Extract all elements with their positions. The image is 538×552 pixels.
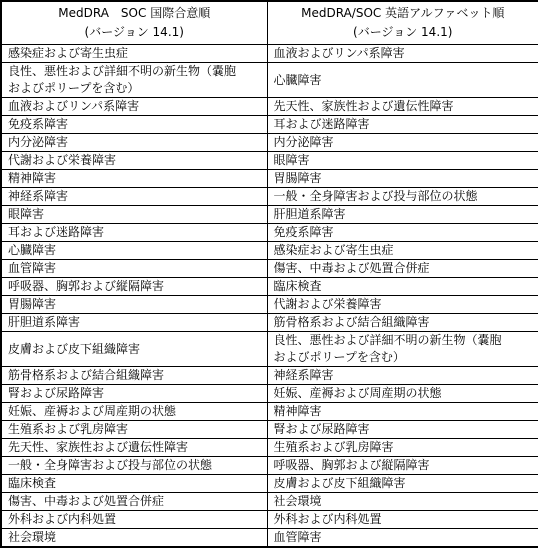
- table-row: 胃腸障害 代謝および栄養障害: [1, 296, 538, 314]
- soc-cell-alpha: 精神障害: [267, 403, 538, 421]
- soc-cell-intl: 胃腸障害: [1, 296, 267, 314]
- soc-cell-intl: 生殖系および乳房障害: [1, 421, 267, 439]
- soc-cell-alpha: 免疫系障害: [267, 224, 538, 242]
- soc-cell-intl: 臨床検査: [1, 475, 267, 493]
- soc-cell-alpha: 腎および尿路障害: [267, 421, 538, 439]
- soc-cell-intl: 先天性、家族性および遺伝性障害: [1, 439, 267, 457]
- soc-cell-alpha: 耳および迷路障害: [267, 116, 538, 134]
- soc-cell-alpha: 筋骨格系および結合組織障害: [267, 314, 538, 332]
- header-alpha-order: MedDRA/SOC 英語アルファベット順 (バージョン 14.1): [267, 1, 538, 45]
- table-row: 呼吸器、胸郭および縦隔障害 臨床検査: [1, 278, 538, 296]
- soc-cell-alpha: 生殖系および乳房障害: [267, 439, 538, 457]
- header-alpha-title: MedDRA/SOC 英語アルファベット順: [270, 4, 537, 23]
- soc-cell-intl: 妊娠、産褥および周産期の状態: [1, 403, 267, 421]
- soc-cell-intl: 代謝および栄養障害: [1, 152, 267, 170]
- header-intl-title: MedDRA SOC 国際合意順: [4, 4, 265, 23]
- soc-cell-alpha: 社会環境: [267, 493, 538, 511]
- table-row: 傷害、中毒および処置合併症 社会環境: [1, 493, 538, 511]
- soc-cell-intl: 社会環境: [1, 529, 267, 548]
- soc-cell-alpha: 代謝および栄養障害: [267, 296, 538, 314]
- soc-cell-alpha: 傷害、中毒および処置合併症: [267, 260, 538, 278]
- soc-cell-alpha: 血液およびリンパ系障害: [267, 45, 538, 63]
- table-row: 外科および内科処置 外科および内科処置: [1, 511, 538, 529]
- table-row: 腎および尿路障害 妊娠、産褥および周産期の状態: [1, 385, 538, 403]
- soc-cell-alpha: 神経系障害: [267, 367, 538, 385]
- soc-cell-alpha: 血管障害: [267, 529, 538, 548]
- soc-cell-alpha: 皮膚および皮下組織障害: [267, 475, 538, 493]
- soc-cell-alpha: 呼吸器、胸郭および縦隔障害: [267, 457, 538, 475]
- table-row: 生殖系および乳房障害 腎および尿路障害: [1, 421, 538, 439]
- soc-cell-alpha: 一般・全身障害および投与部位の状態: [267, 188, 538, 206]
- table-row: 皮膚および皮下組織障害 良性、悪性および詳細不明の新生物（嚢胞 およびポリープを…: [1, 332, 538, 367]
- table-row: 眼障害 肝胆道系障害: [1, 206, 538, 224]
- soc-cell-intl: 血液およびリンパ系障害: [1, 98, 267, 116]
- table-row: 肝胆道系障害 筋骨格系および結合組織障害: [1, 314, 538, 332]
- table-row: 妊娠、産褥および周産期の状態 精神障害: [1, 403, 538, 421]
- soc-cell-intl: 外科および内科処置: [1, 511, 267, 529]
- soc-cell-alpha: 心臓障害: [267, 63, 538, 98]
- soc-cell-alpha: 感染症および寄生虫症: [267, 242, 538, 260]
- table-row: 精神障害 胃腸障害: [1, 170, 538, 188]
- soc-cell-intl: 肝胆道系障害: [1, 314, 267, 332]
- soc-cell-intl: 精神障害: [1, 170, 267, 188]
- table-row: 良性、悪性および詳細不明の新生物（嚢胞 およびポリープを含む） 心臓障害: [1, 63, 538, 98]
- table-row: 免疫系障害 耳および迷路障害: [1, 116, 538, 134]
- soc-cell-intl: 皮膚および皮下組織障害: [1, 332, 267, 367]
- soc-cell-alpha: 妊娠、産褥および周産期の状態: [267, 385, 538, 403]
- table-row: 内分泌障害 内分泌障害: [1, 134, 538, 152]
- soc-cell-intl: 神経系障害: [1, 188, 267, 206]
- soc-cell-alpha: 臨床検査: [267, 278, 538, 296]
- table-row: 血管障害 傷害、中毒および処置合併症: [1, 260, 538, 278]
- soc-cell-intl: 心臓障害: [1, 242, 267, 260]
- soc-cell-intl: 感染症および寄生虫症: [1, 45, 267, 63]
- soc-cell-intl: 呼吸器、胸郭および縦隔障害: [1, 278, 267, 296]
- page: MedDRA SOC 国際合意順 (バージョン 14.1) MedDRA/SOC…: [0, 0, 538, 552]
- soc-cell-intl: 耳および迷路障害: [1, 224, 267, 242]
- table-row: 社会環境 血管障害: [1, 529, 538, 548]
- table-row: 臨床検査 皮膚および皮下組織障害: [1, 475, 538, 493]
- header-intl-order: MedDRA SOC 国際合意順 (バージョン 14.1): [1, 1, 267, 45]
- soc-cell-intl: 腎および尿路障害: [1, 385, 267, 403]
- table-row: 血液およびリンパ系障害 先天性、家族性および遺伝性障害: [1, 98, 538, 116]
- header-row: MedDRA SOC 国際合意順 (バージョン 14.1) MedDRA/SOC…: [1, 1, 538, 45]
- soc-cell-alpha: 外科および内科処置: [267, 511, 538, 529]
- soc-cell-intl: 免疫系障害: [1, 116, 267, 134]
- soc-cell-alpha: 胃腸障害: [267, 170, 538, 188]
- table-row: 一般・全身障害および投与部位の状態 呼吸器、胸郭および縦隔障害: [1, 457, 538, 475]
- header-alpha-version: (バージョン 14.1): [270, 23, 537, 42]
- soc-cell-alpha: 眼障害: [267, 152, 538, 170]
- table-row: 代謝および栄養障害 眼障害: [1, 152, 538, 170]
- soc-cell-intl: 良性、悪性および詳細不明の新生物（嚢胞 およびポリープを含む）: [1, 63, 267, 98]
- soc-cell-alpha: 先天性、家族性および遺伝性障害: [267, 98, 538, 116]
- soc-cell-intl: 筋骨格系および結合組織障害: [1, 367, 267, 385]
- table-row: 感染症および寄生虫症 血液およびリンパ系障害: [1, 45, 538, 63]
- table-row: 筋骨格系および結合組織障害 神経系障害: [1, 367, 538, 385]
- soc-cell-intl: 血管障害: [1, 260, 267, 278]
- header-intl-version: (バージョン 14.1): [4, 23, 265, 42]
- table-row: 神経系障害 一般・全身障害および投与部位の状態: [1, 188, 538, 206]
- soc-cell-intl: 眼障害: [1, 206, 267, 224]
- soc-cell-alpha: 良性、悪性および詳細不明の新生物（嚢胞 およびポリープを含む）: [267, 332, 538, 367]
- soc-cell-intl: 傷害、中毒および処置合併症: [1, 493, 267, 511]
- soc-cell-intl: 一般・全身障害および投与部位の状態: [1, 457, 267, 475]
- table-row: 心臓障害 感染症および寄生虫症: [1, 242, 538, 260]
- table-row: 耳および迷路障害 免疫系障害: [1, 224, 538, 242]
- meddra-soc-table: MedDRA SOC 国際合意順 (バージョン 14.1) MedDRA/SOC…: [0, 0, 538, 548]
- soc-cell-alpha: 肝胆道系障害: [267, 206, 538, 224]
- soc-cell-alpha: 内分泌障害: [267, 134, 538, 152]
- table-row: 先天性、家族性および遺伝性障害 生殖系および乳房障害: [1, 439, 538, 457]
- soc-cell-intl: 内分泌障害: [1, 134, 267, 152]
